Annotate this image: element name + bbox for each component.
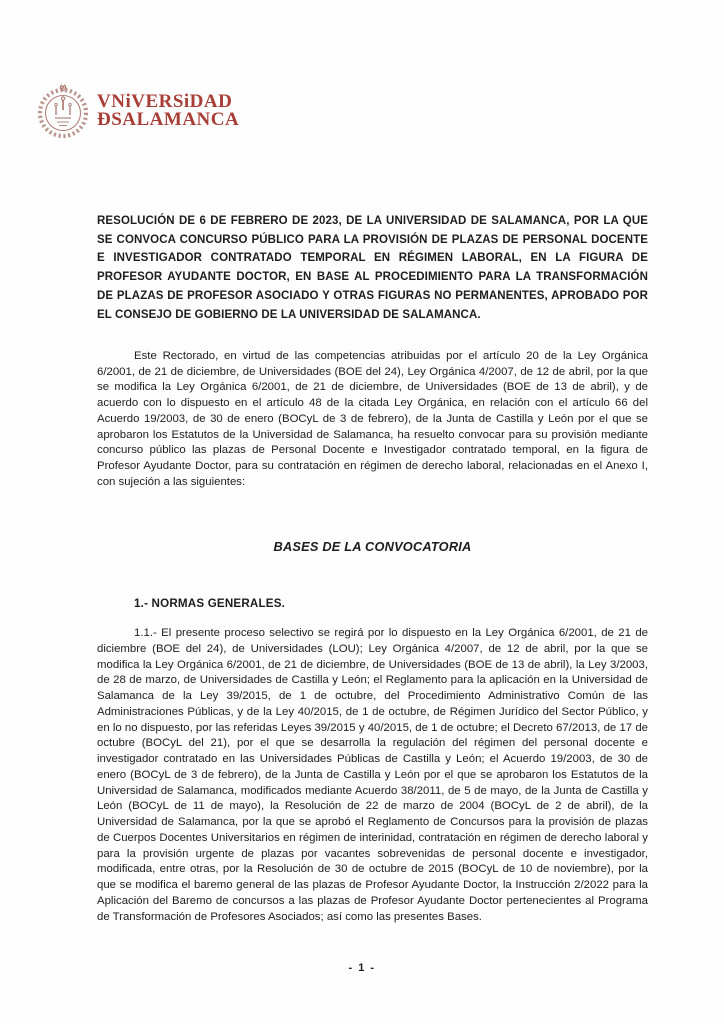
intro-paragraph: Este Rectorado, en virtud de las compete… xyxy=(97,349,648,490)
university-logo: VNiVERSiDAD ÐSALAMANCA xyxy=(36,82,239,140)
page-number: - 1 - xyxy=(0,962,724,974)
clause-1-1: 1.1.- El presente proceso selectivo se r… xyxy=(97,626,648,925)
wordmark-line2: ÐSALAMANCA xyxy=(97,109,239,130)
section-heading-bases: BASES DE LA CONVOCATORIA xyxy=(97,539,648,554)
document-page: VNiVERSiDAD ÐSALAMANCA RESOLUCIÓN DE 6 D… xyxy=(0,0,724,1024)
resolution-title: RESOLUCIÓN DE 6 DE FEBRERO DE 2023, DE L… xyxy=(97,212,648,324)
heading-normas-generales: 1.- NORMAS GENERALES. xyxy=(134,597,285,610)
university-wordmark: VNiVERSiDAD ÐSALAMANCA xyxy=(97,93,239,129)
university-seal-icon xyxy=(36,82,90,140)
